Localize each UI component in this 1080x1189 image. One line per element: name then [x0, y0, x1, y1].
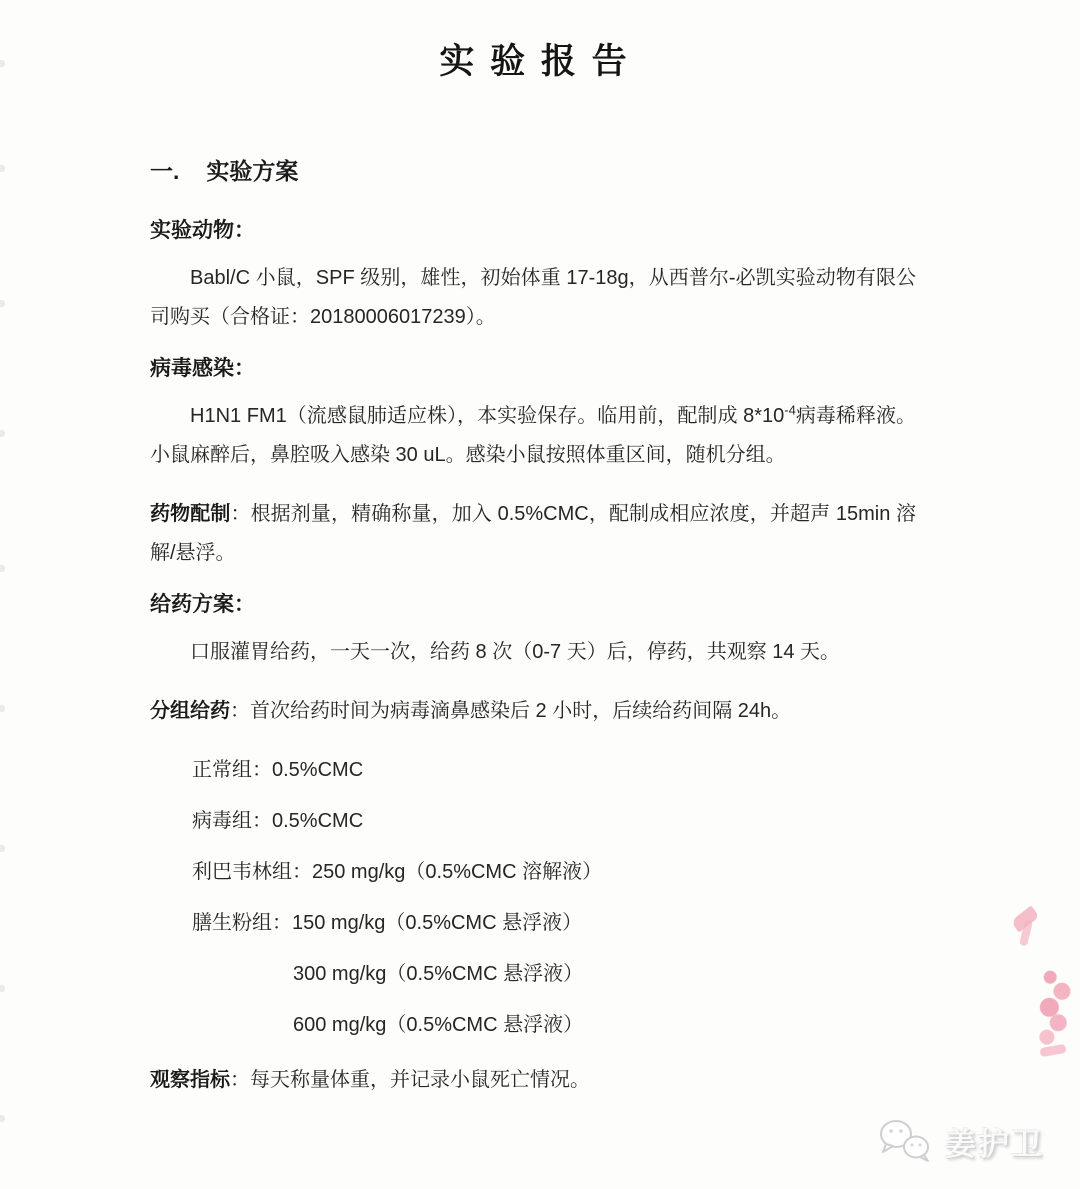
observation-text: ：每天称量体重，并记录小鼠死亡情况。 [230, 1069, 590, 1091]
scan-speck [0, 565, 5, 572]
scan-speck [0, 705, 5, 712]
section-heading: 一.实验方案 [150, 158, 916, 184]
stamp-fragment [1030, 960, 1076, 1052]
dosing-paragraph: 口服灌胃给药，一天一次，给药 8 次（0-7 天）后，停药，共观察 14 天。 [150, 633, 916, 672]
group-line-virus: 病毒组：0.5%CMC [150, 802, 916, 841]
scan-speck [0, 430, 5, 437]
page-title: 实验报告 [150, 42, 916, 82]
stamp-fragment [1010, 905, 1039, 932]
scan-speck [0, 1115, 5, 1122]
scan-speck [0, 845, 5, 852]
observation-paragraph: 观察指标：每天称量体重，并记录小鼠死亡情况。 [150, 1061, 916, 1100]
virus-paragraph: H1N1 FM1（流感鼠肺适应株），本实验保存。临用前，配制成 8*10-4病毒… [150, 397, 916, 475]
scan-speck [0, 60, 5, 67]
preparation-label: 药物配制 [150, 503, 230, 525]
wechat-icon [876, 1117, 936, 1165]
group-line-ribavirin: 利巴韦林组：250 mg/kg（0.5%CMC 溶解液） [150, 853, 916, 892]
section-number: 一. [150, 158, 179, 184]
group-line-shanshengfen-150: 膳生粉组：150 mg/kg（0.5%CMC 悬浮液） [150, 904, 916, 943]
group-line-shanshengfen-300: 300 mg/kg（0.5%CMC 悬浮液） [150, 955, 916, 994]
section-name: 实验方案 [206, 158, 298, 184]
grouping-label: 分组给药 [150, 700, 230, 722]
scanned-report-page: 实验报告 一.实验方案 实验动物： Babl/C 小鼠，SPF 级别，雄性，初始… [0, 0, 1080, 1189]
scan-speck [0, 985, 5, 992]
observation-label: 观察指标 [150, 1069, 230, 1091]
animal-paragraph: Babl/C 小鼠，SPF 级别，雄性，初始体重 17-18g，从西普尔-必凯实… [150, 259, 916, 337]
group-line-shanshengfen-600: 600 mg/kg（0.5%CMC 悬浮液） [150, 1006, 916, 1045]
virus-text-pre: H1N1 FM1（流感鼠肺适应株），本实验保存。临用前，配制成 8*10 [190, 405, 784, 427]
preparation-text: ：根据剂量，精确称量，加入 0.5%CMC，配制成相应浓度，并超声 15min … [150, 503, 916, 564]
group-line-normal: 正常组：0.5%CMC [150, 751, 916, 790]
watermark: 姜护卫 [876, 1117, 1044, 1165]
virus-label: 病毒感染： [150, 357, 916, 381]
scan-speck [0, 165, 5, 172]
scan-speck [0, 300, 5, 307]
grouping-paragraph: 分组给药：首次给药时间为病毒滴鼻感染后 2 小时，后续给药间隔 24h。 [150, 692, 916, 731]
document-content: 实验报告 一.实验方案 实验动物： Babl/C 小鼠，SPF 级别，雄性，初始… [150, 0, 916, 1120]
watermark-name: 姜护卫 [945, 1119, 1044, 1164]
virus-exponent: -4 [784, 402, 796, 417]
grouping-text: ：首次给药时间为病毒滴鼻感染后 2 小时，后续给药间隔 24h。 [230, 700, 791, 722]
preparation-paragraph: 药物配制：根据剂量，精确称量，加入 0.5%CMC，配制成相应浓度，并超声 15… [150, 495, 916, 573]
stamp-fragment [1019, 919, 1033, 946]
dosing-label: 给药方案： [150, 593, 916, 617]
animal-label: 实验动物： [150, 219, 916, 243]
stamp-fragment [1039, 1044, 1066, 1057]
